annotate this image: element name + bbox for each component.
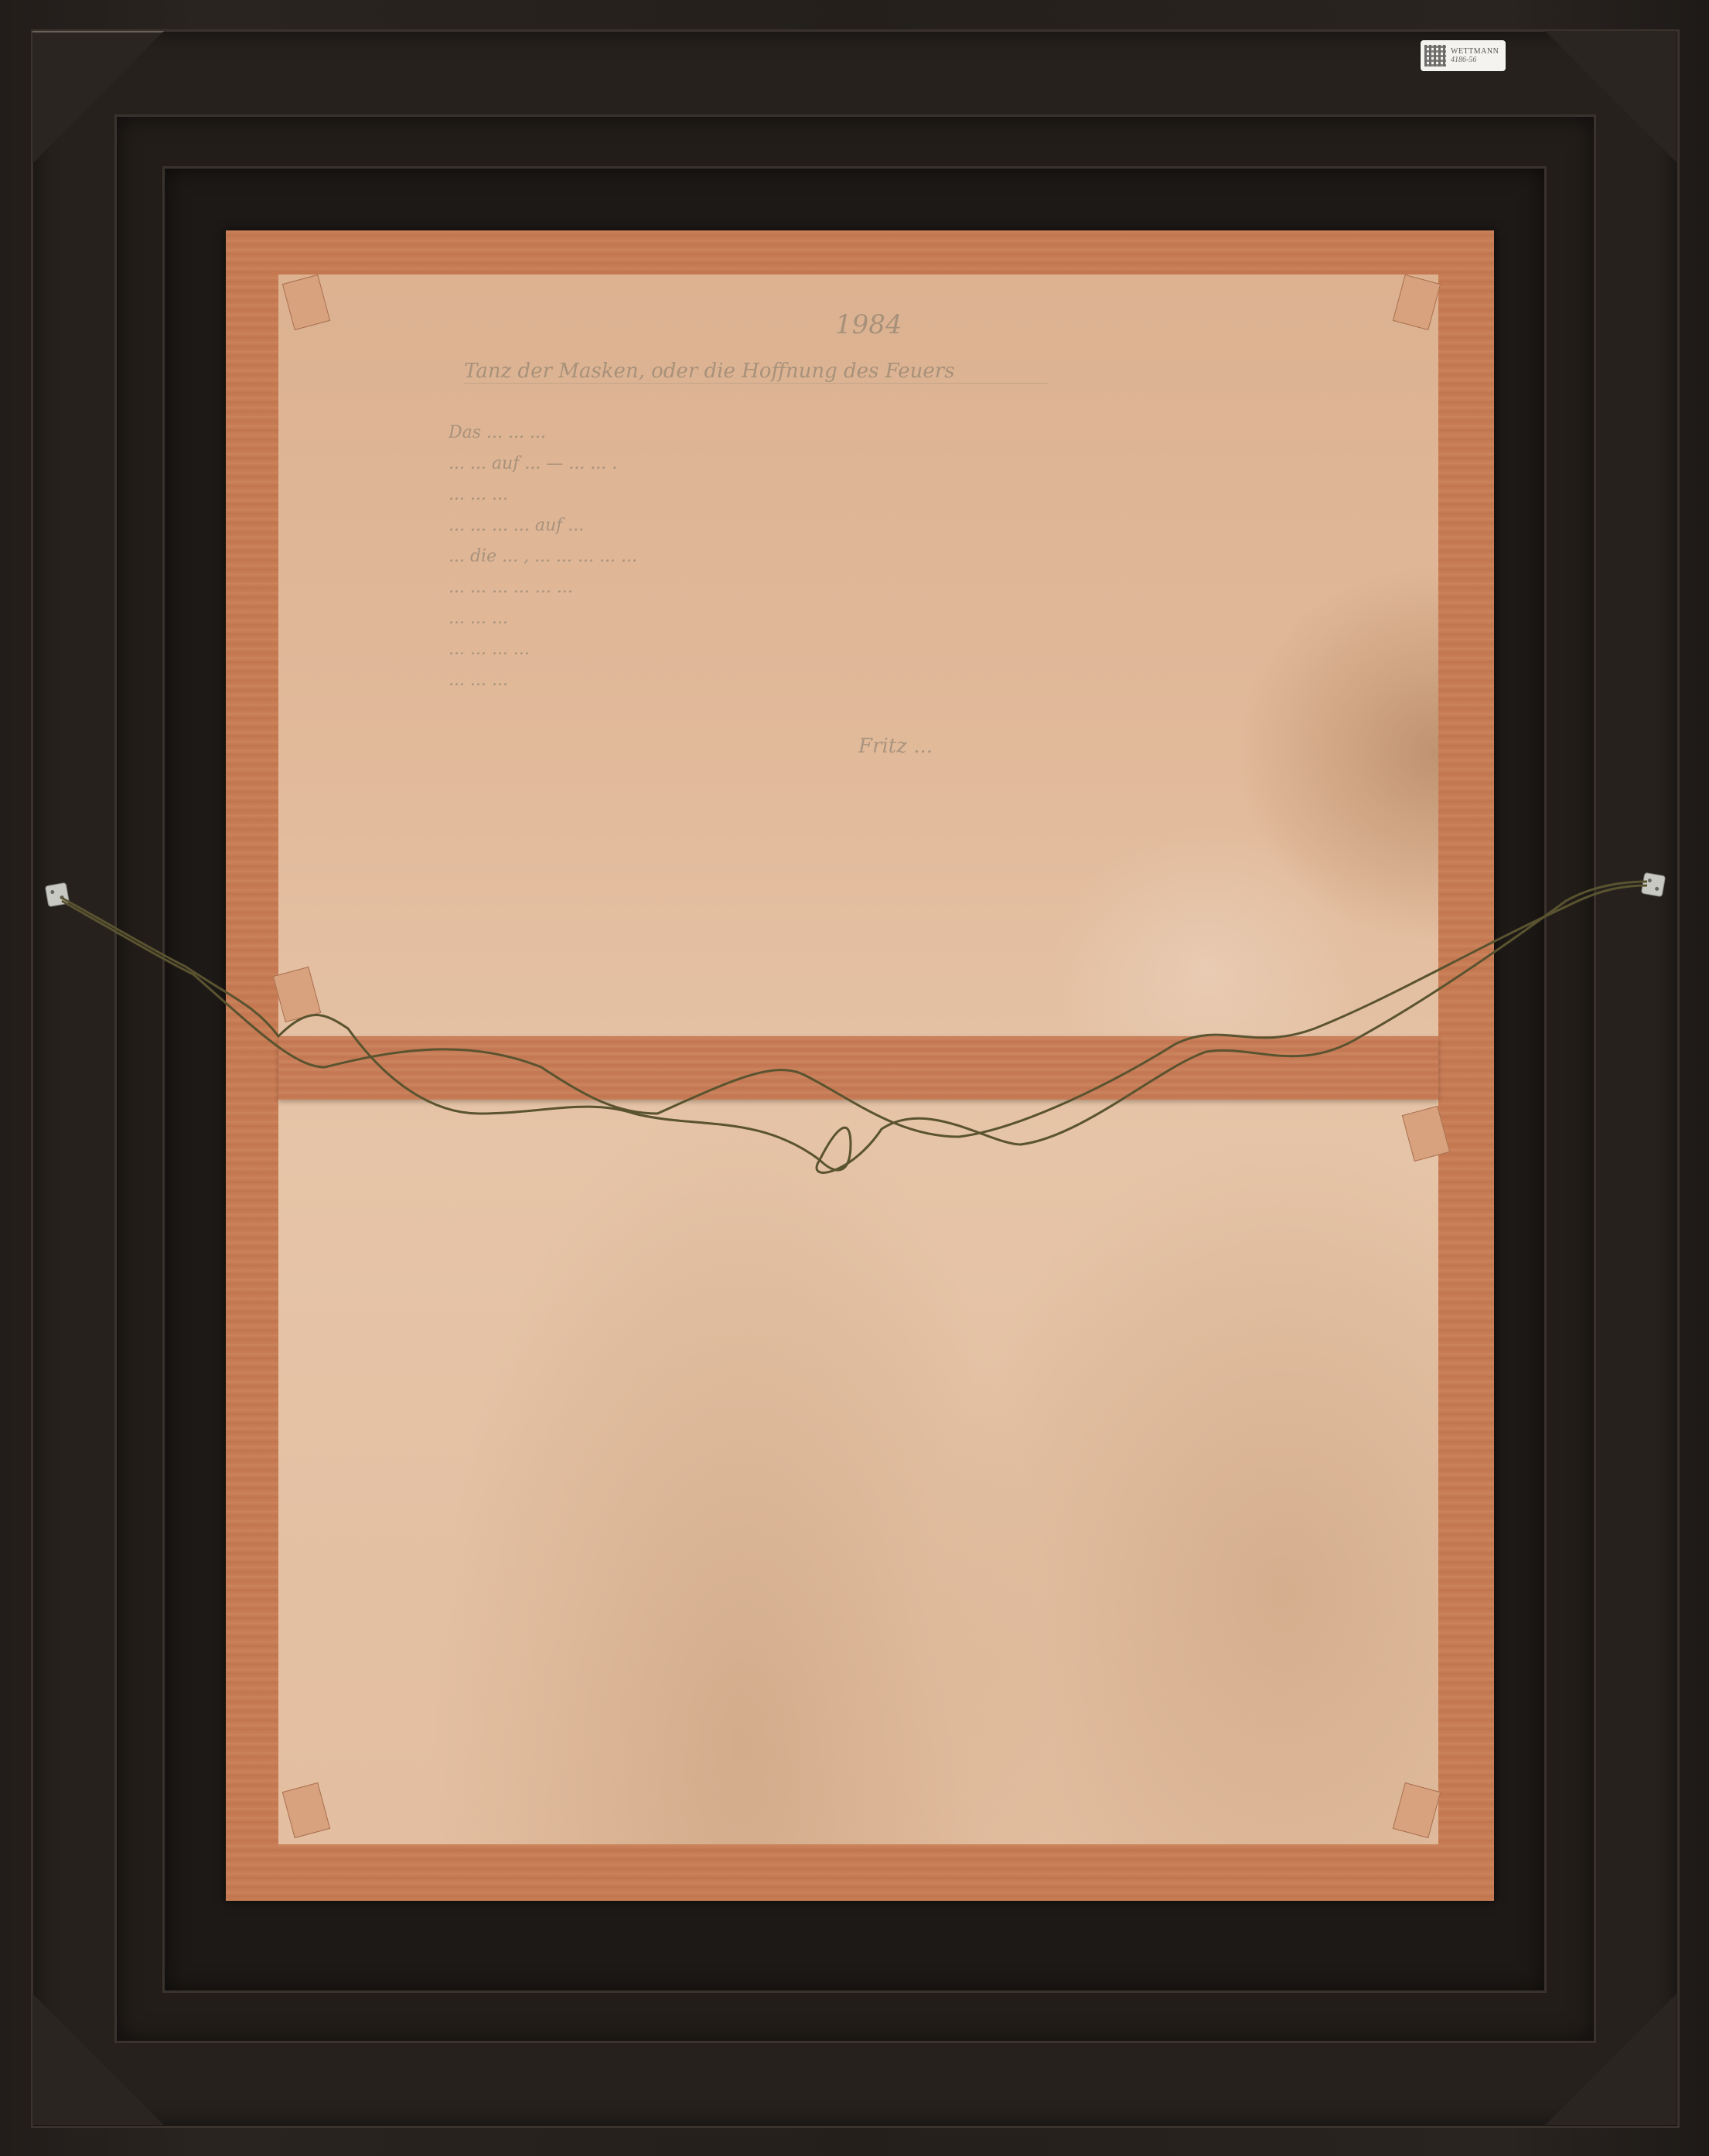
inscription-title: Tanz der Masken, oder die Hoffnung des F… [464, 360, 1048, 384]
inscription-line: ... ... ... ... ... ... [449, 572, 637, 603]
inscription-line: ... ... ... [449, 479, 637, 510]
left-hanging-hook-icon [45, 882, 70, 907]
inscription-line: Das ... ... ... [449, 418, 637, 449]
inscription-line: ... ... ... ... [449, 634, 637, 665]
label-brand: WETTMANN [1451, 47, 1499, 56]
stretcher-crossbar [278, 1036, 1438, 1100]
inscription-line: ... ... auf ... — ... ... . [449, 449, 637, 479]
right-hanging-hook-icon [1641, 872, 1666, 897]
inscription-line: ... ... ... ... auf ... [449, 510, 637, 541]
qr-code-icon [1424, 45, 1446, 67]
inscription-line: ... ... ... [449, 603, 637, 634]
inscription-line: ... ... ... [449, 665, 637, 696]
inscription-line: ... die ... , ... ... ... ... ... [449, 541, 637, 572]
inscription-signature: Fritz ... [858, 735, 933, 758]
inscription-poem: Das ... ... ... ... ... auf ... — ... ..… [449, 418, 637, 696]
inscription-year: 1984 [835, 309, 902, 340]
auction-label: WETTMANN 4186-56 [1421, 40, 1506, 71]
label-lot-number: 4186-56 [1451, 56, 1499, 64]
